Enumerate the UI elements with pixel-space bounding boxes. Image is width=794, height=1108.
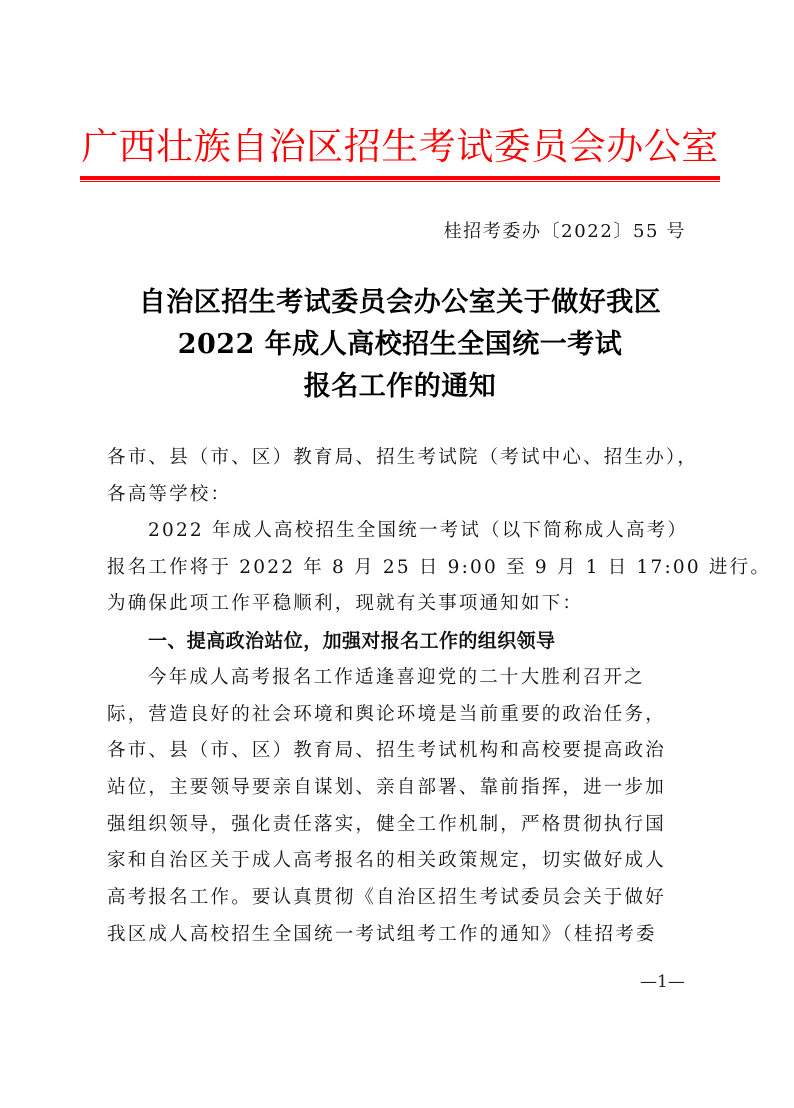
letterhead-rule-thick — [80, 176, 720, 180]
paragraph-line: 高考报名工作。要认真贯彻《自治区招生考试委员会关于做好 — [107, 880, 697, 917]
paragraph-line: 我区成人高校招生全国统一考试组考工作的通知》（桂招考委 — [107, 917, 697, 954]
section-heading-block: 一、提高政治站位，加强对报名工作的组织领导 — [107, 623, 697, 660]
paragraph-line: 各市、县（市、区）教育局、招生考试机构和高校要提高政治 — [107, 733, 697, 770]
section-heading: 一、提高政治站位，加强对报名工作的组织领导 — [107, 623, 697, 660]
paragraph-line: 家和自治区关于成人高考报名的相关政策规定，切实做好成人 — [107, 843, 697, 880]
document-title: 自治区招生考试委员会办公室关于做好我区 2022 年成人高校招生全国统一考试 报… — [100, 282, 700, 408]
salutation-line: 各市、县（市、区）教育局、招生考试院（考试中心、招生办）， — [107, 440, 697, 477]
section-paragraph: 今年成人高考报名工作适逢喜迎党的二十大胜利召开之 际，营造良好的社会环境和舆论环… — [107, 660, 697, 954]
document-page: 广西壮族自治区招生考试委员会办公室 桂招考委办〔2022〕55 号 自治区招生考… — [0, 0, 794, 1108]
title-line: 2022 年成人高校招生全国统一考试 — [100, 324, 700, 366]
paragraph-line: 强组织领导，强化责任落实，健全工作机制，严格贯彻执行国 — [107, 807, 697, 844]
title-line: 自治区招生考试委员会办公室关于做好我区 — [100, 282, 700, 324]
paragraph-line: 2022 年成人高校招生全国统一考试（以下简称成人高考） — [107, 513, 697, 550]
agency-letterhead: 广西壮族自治区招生考试委员会办公室 — [80, 124, 720, 170]
letterhead-rule-thin — [80, 181, 720, 182]
title-line: 报名工作的通知 — [100, 366, 700, 408]
intro-paragraph: 2022 年成人高校招生全国统一考试（以下简称成人高考） 报名工作将于 2022… — [107, 513, 697, 623]
paragraph-line: 今年成人高考报名工作适逢喜迎党的二十大胜利召开之 — [107, 660, 697, 697]
paragraph-line: 站位，主要领导要亲自谋划、亲自部署、靠前指挥，进一步加 — [107, 770, 697, 807]
salutation-line: 各高等学校： — [107, 477, 697, 514]
salutation: 各市、县（市、区）教育局、招生考试院（考试中心、招生办）， 各高等学校： — [107, 440, 697, 513]
paragraph-line: 报名工作将于 2022 年 8 月 25 日 9:00 至 9 月 1 日 17… — [107, 550, 697, 587]
page-number: —1— — [640, 968, 685, 996]
document-number: 桂招考委办〔2022〕55 号 — [444, 218, 686, 246]
paragraph-line: 为确保此项工作平稳顺利，现就有关事项通知如下： — [107, 586, 697, 623]
paragraph-line: 际，营造良好的社会环境和舆论环境是当前重要的政治任务， — [107, 697, 697, 734]
